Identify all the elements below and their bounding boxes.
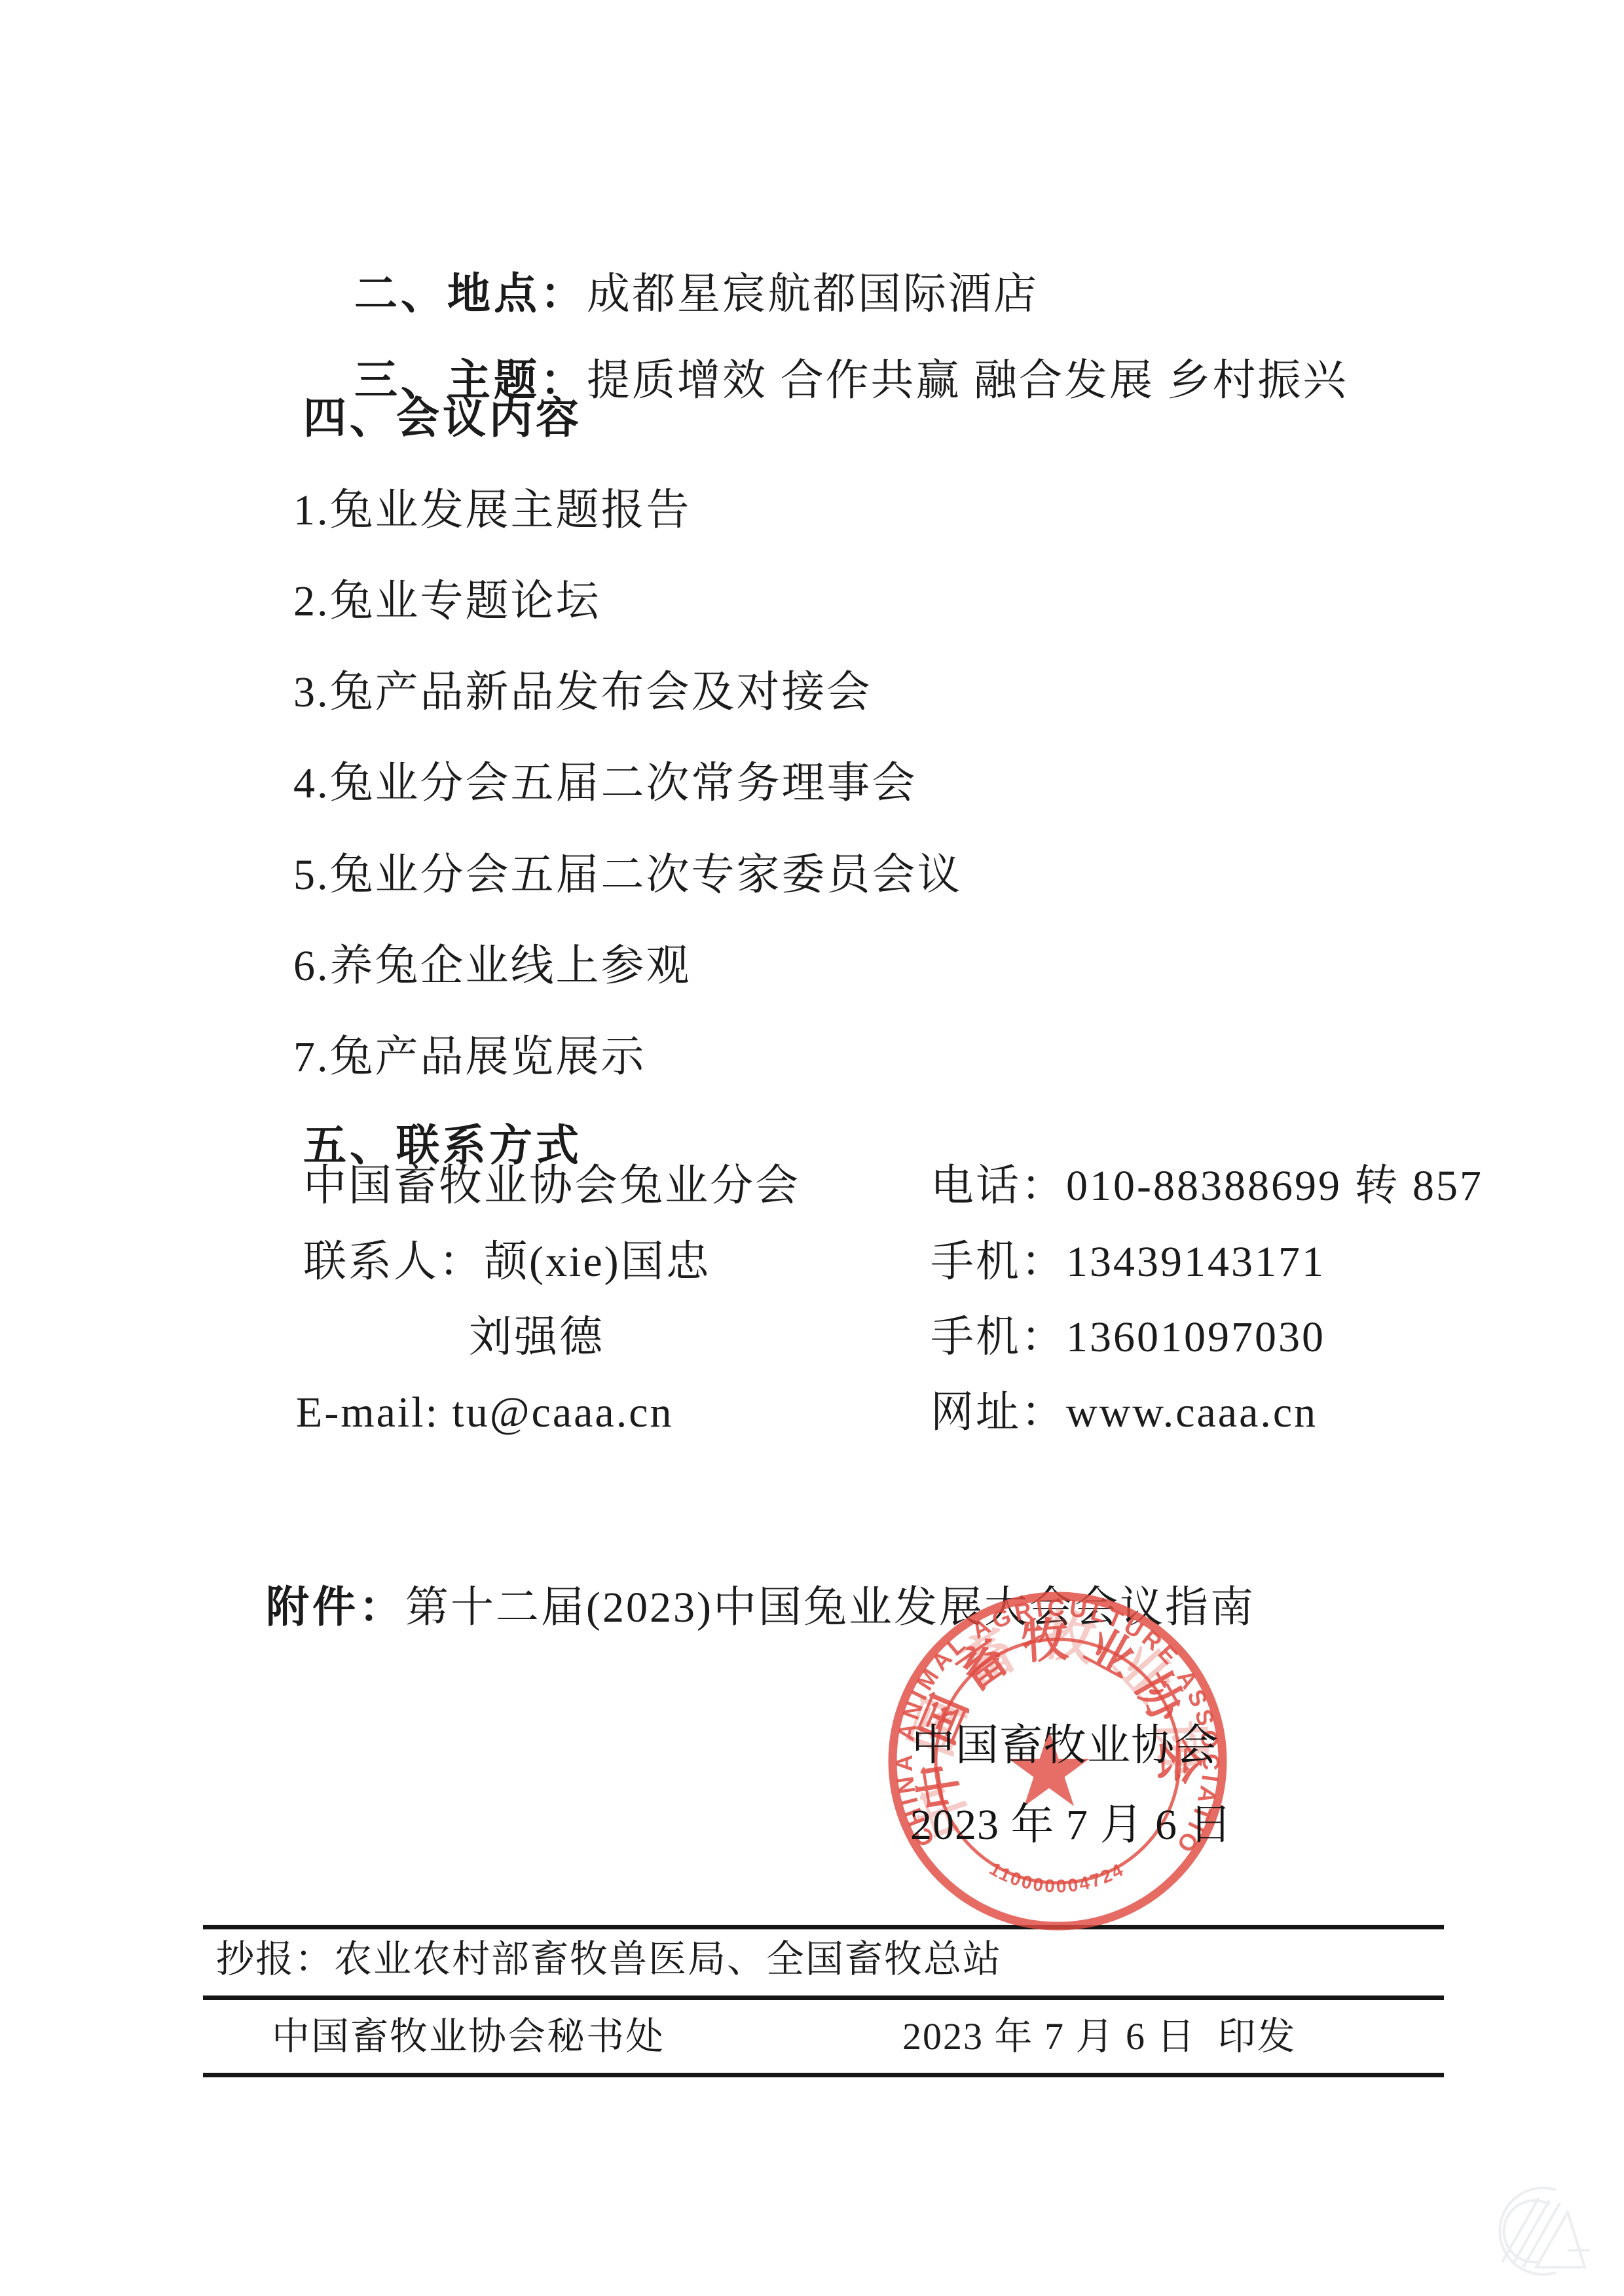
- contact-mobile2: 手机：13601097030: [931, 1311, 1325, 1363]
- agenda-item-5: 5.兔业分会五届二次专家委员会议: [293, 849, 963, 901]
- contact-website: 网址：www.caaa.cn: [931, 1387, 1318, 1438]
- caaa-watermark-icon: [1439, 2164, 1611, 2296]
- signature-org: 中国畜牧业协会: [912, 1710, 1219, 1772]
- agenda-heading: 四、会议内容: [303, 392, 582, 444]
- theme-value: 提质增效 合作共赢 融合发展 乡村振兴: [587, 357, 1348, 405]
- contact-person2: 刘强德: [469, 1311, 604, 1363]
- agenda-item-6: 6.养兔企业线上参观: [293, 940, 692, 992]
- caaa-watermark-logo: [1439, 2164, 1611, 2296]
- contact-email: E-mail: tu@caaa.cn: [296, 1387, 674, 1438]
- footer-rule-middle: [203, 1995, 1444, 2000]
- contact-org: 中国畜牧业协会兔业分会: [303, 1160, 800, 1212]
- agenda-item-3: 3.兔产品新品发布会及对接会: [293, 666, 872, 718]
- footer-rule-bottom: [203, 2073, 1444, 2077]
- agenda-item-1: 1.兔业发展主题报告: [293, 484, 692, 536]
- agenda-item-4: 4.兔业分会五届二次常务理事会: [293, 757, 917, 809]
- issuer-line: 中国畜牧业协会秘书处: [272, 2014, 665, 2060]
- agenda-item-2: 2.兔业专题论坛: [293, 575, 601, 627]
- signature-date: 2023 年 7 月 6 日: [910, 1789, 1233, 1851]
- footer-rule-top: [203, 1925, 1444, 1929]
- contact-person1: 联系人：颉(xie)国忠: [303, 1236, 711, 1288]
- issue-date-line: 2023 年 7 月 6 日 印发: [902, 2014, 1297, 2060]
- cc-line: 抄报：农业农村部畜牧兽医局、全国畜牧总站: [216, 1937, 1002, 1982]
- contact-phone: 电话：010-88388699 转 857: [931, 1160, 1483, 1212]
- contact-mobile1: 手机：13439143171: [931, 1236, 1325, 1288]
- agenda-item-7: 7.兔产品展览展示: [293, 1031, 646, 1083]
- attachment-label: 附件：: [266, 1582, 405, 1631]
- official-document-page: 二、地点：成都星宸航都国际酒店 三、主题：提质增效 合作共赢 融合发展 乡村振兴…: [0, 0, 1624, 2296]
